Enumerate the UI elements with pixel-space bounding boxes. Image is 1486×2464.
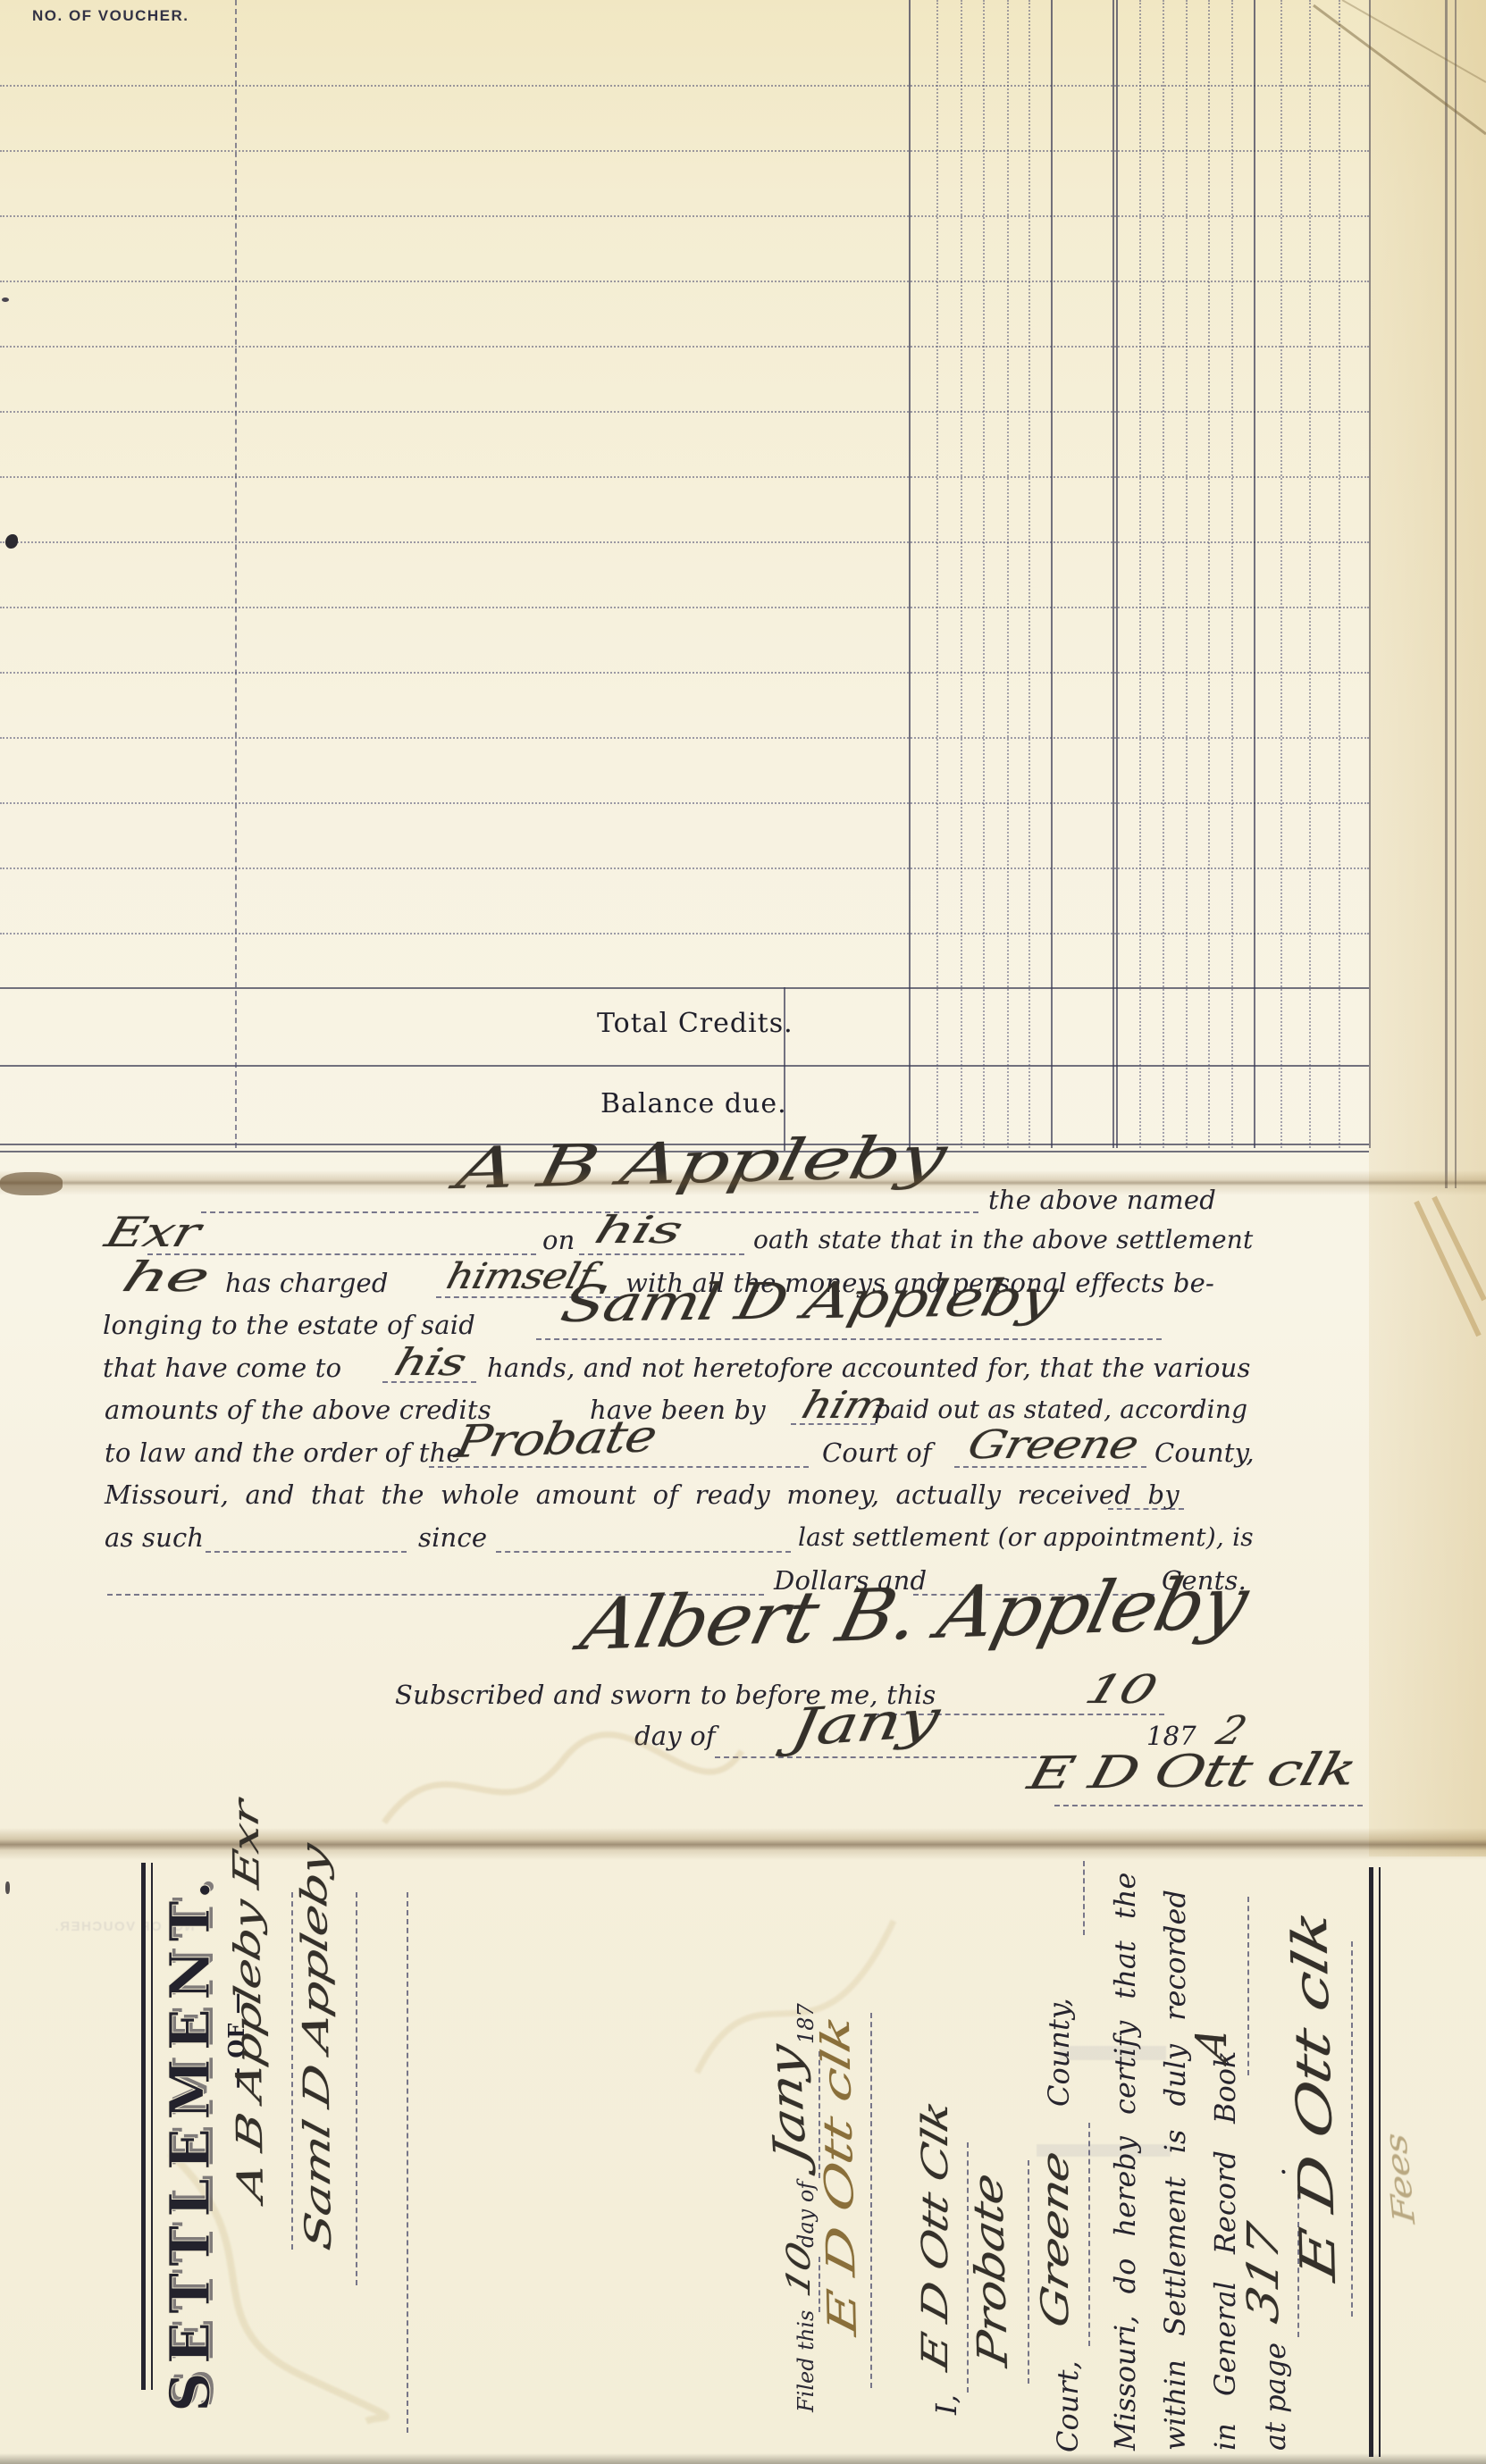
printed-oath-line: oath state that in the above settlement bbox=[753, 1225, 1254, 1254]
ledger-column-line bbox=[1186, 0, 1188, 1148]
printed-court-of: Court of bbox=[822, 1437, 932, 1468]
cert-county-label: County, bbox=[1042, 1998, 1076, 2107]
executor-name-handwritten: A B Appleby bbox=[451, 1125, 951, 1203]
printed-on: on bbox=[542, 1225, 575, 1255]
ledger-column-line bbox=[1309, 0, 1311, 1148]
printed-to-law: to law and the order of the bbox=[105, 1437, 462, 1468]
blank-him bbox=[791, 1423, 876, 1425]
month-handwritten: Jany bbox=[786, 1688, 943, 1758]
blank-received-by bbox=[1108, 1508, 1184, 1510]
ledger-column-line bbox=[1112, 0, 1114, 1148]
filed-clerk-signature: E D Ott clk bbox=[813, 2012, 866, 2339]
sheet-edge-line-1 bbox=[1445, 0, 1448, 1188]
total-credits-label: Total Credits. bbox=[597, 1008, 793, 1039]
ledger-column-line bbox=[1163, 0, 1164, 1148]
blank-estate-name bbox=[536, 1338, 1162, 1340]
ledger-column-line bbox=[961, 0, 962, 1148]
blank-court bbox=[429, 1466, 809, 1468]
cert-page-handwritten: 317 bbox=[1238, 2219, 1289, 2328]
ledger-column-line bbox=[1028, 0, 1030, 1148]
settlement-document-scan: NO. OF VOUCHER. Total Credits. Balance d… bbox=[0, 0, 1486, 2464]
ledger-column-line bbox=[909, 0, 911, 1148]
ledger-column-line bbox=[936, 0, 938, 1148]
blank-name bbox=[201, 1211, 978, 1213]
clerk-signature-sworn: E D Ott clk bbox=[1023, 1743, 1361, 1799]
ledger-column-line bbox=[1139, 0, 1141, 1148]
ink-speck bbox=[2, 298, 9, 302]
filed-day-of: day of bbox=[793, 2182, 819, 2248]
he-handwritten: he bbox=[116, 1253, 215, 1301]
filed-clerk-line bbox=[870, 2013, 872, 2388]
ledger-column-line bbox=[1280, 0, 1282, 1148]
mid-fold-dark-edge bbox=[0, 1172, 63, 1195]
cert-line3: within Settlement is duly recorded bbox=[1158, 1890, 1192, 2451]
cert-court-label: Court, bbox=[1051, 2360, 1085, 2452]
his-oath-handwritten: his bbox=[590, 1208, 687, 1252]
filed-day-handwritten: 10 bbox=[781, 2239, 818, 2301]
blank-his bbox=[382, 1381, 476, 1383]
printed-as-such: as such bbox=[105, 1522, 204, 1553]
printed-amounts: amounts of the above credits bbox=[105, 1395, 491, 1425]
cert-clerk-handwritten: E D Ott Clk bbox=[915, 2097, 956, 2375]
printed-longing: longing to the estate of said bbox=[103, 1310, 475, 1340]
probate-handwritten: Probate bbox=[451, 1410, 661, 1468]
day-number-handwritten: 10 bbox=[1079, 1667, 1162, 1713]
fold-corner-marks bbox=[1407, 1193, 1486, 1371]
printed-since: since bbox=[418, 1522, 487, 1553]
albert-appleby-signature: Albert B. Appleby bbox=[574, 1562, 1255, 1666]
blank-month bbox=[715, 1756, 1045, 1758]
ledger-column-line bbox=[1339, 0, 1340, 1148]
cert-county-handwritten: Greene bbox=[1033, 2148, 1077, 2332]
docket-estate-line bbox=[356, 1892, 357, 2285]
voucher-column-header: NO. OF VOUCHER. bbox=[32, 7, 189, 25]
fees-note-handwritten: Fees bbox=[1378, 2133, 1423, 2225]
ledger-column-line bbox=[1116, 0, 1118, 1148]
ledger-column-line bbox=[1007, 0, 1009, 1148]
blank-county bbox=[954, 1466, 1146, 1468]
docket-party-handwritten: A B Appleby Exr bbox=[225, 1797, 272, 2205]
blank-clerk-signature bbox=[1054, 1805, 1363, 1806]
printed-above-named: the above named bbox=[988, 1185, 1216, 1215]
ledger-column-line bbox=[1254, 0, 1255, 1148]
printed-has-charged: has charged bbox=[225, 1268, 389, 1298]
docket-panel: SETTLEMENT. — OF — A B Appleby Exr Saml … bbox=[0, 1854, 1486, 2464]
docket-rotated-content: SETTLEMENT. — OF — A B Appleby Exr Saml … bbox=[0, 1854, 1486, 2464]
ledger-column-line bbox=[235, 0, 237, 1148]
cert-county-trailing-line bbox=[1083, 1861, 1085, 1935]
filed-month-handwritten: Jany bbox=[759, 2041, 817, 2167]
ledger-column-line bbox=[1231, 0, 1233, 1148]
cert-court-handwritten: Probate bbox=[963, 2170, 1017, 2370]
printed-county: County, bbox=[1154, 1437, 1255, 1468]
blank-since bbox=[496, 1551, 791, 1553]
blank-his-oath bbox=[579, 1253, 744, 1255]
role-handwritten: Exr bbox=[100, 1208, 206, 1256]
printed-paid-out: paid out as stated, according bbox=[874, 1395, 1247, 1424]
printed-come-to: that have come to bbox=[103, 1353, 341, 1383]
cert-line5: at page bbox=[1258, 2342, 1292, 2451]
printed-hands: hands, and not heretofore accounted for,… bbox=[487, 1353, 1251, 1383]
greene-handwritten: Greene bbox=[963, 1422, 1143, 1468]
printed-last-settlement: last settlement (or appointment), is bbox=[798, 1522, 1254, 1552]
filed-prefix: Filed this bbox=[793, 2310, 819, 2412]
docket-bottom-rule bbox=[1369, 1867, 1381, 2457]
ledger-column-line bbox=[1051, 0, 1053, 1148]
docket-top-rule bbox=[141, 1863, 153, 2390]
docket-clerk-signature: E D Ott clk bbox=[1281, 1907, 1347, 2285]
cert-book-line bbox=[1247, 1897, 1249, 2075]
docket-empty-line bbox=[407, 1892, 408, 2433]
docket-title: SETTLEMENT. bbox=[157, 1890, 222, 2412]
cert-line2: Missouri, do hereby certify that the bbox=[1108, 1873, 1142, 2451]
ledger-column-line bbox=[1369, 0, 1371, 1148]
docket-clerk-signature-line bbox=[1351, 1941, 1353, 2317]
docket-party-line bbox=[291, 1892, 293, 2250]
cert-i-label: I, bbox=[929, 2394, 963, 2415]
his-handwritten: his bbox=[390, 1340, 471, 1384]
estate-name-handwritten: Saml D Appleby bbox=[556, 1269, 1062, 1334]
cert-county-line bbox=[1088, 2123, 1090, 2346]
sheet-edge-line-2 bbox=[1455, 0, 1457, 1188]
docket-estate-handwritten: Saml D Appleby bbox=[294, 1841, 340, 2254]
ledger-column-line bbox=[983, 0, 985, 1148]
voucher-ledger-table: NO. OF VOUCHER. Total Credits. Balance d… bbox=[0, 0, 1486, 1157]
printed-day-of: day of bbox=[634, 1721, 716, 1751]
balance-due-label: Balance due. bbox=[600, 1088, 787, 1119]
printed-missouri-line: Missouri, and that the whole amount of r… bbox=[105, 1479, 1180, 1510]
blank-as-such bbox=[206, 1551, 407, 1553]
cert-line4: in General Record Book bbox=[1208, 2051, 1242, 2451]
ledger-column-line bbox=[1208, 0, 1210, 1148]
cert-court-line bbox=[1028, 2160, 1029, 2384]
